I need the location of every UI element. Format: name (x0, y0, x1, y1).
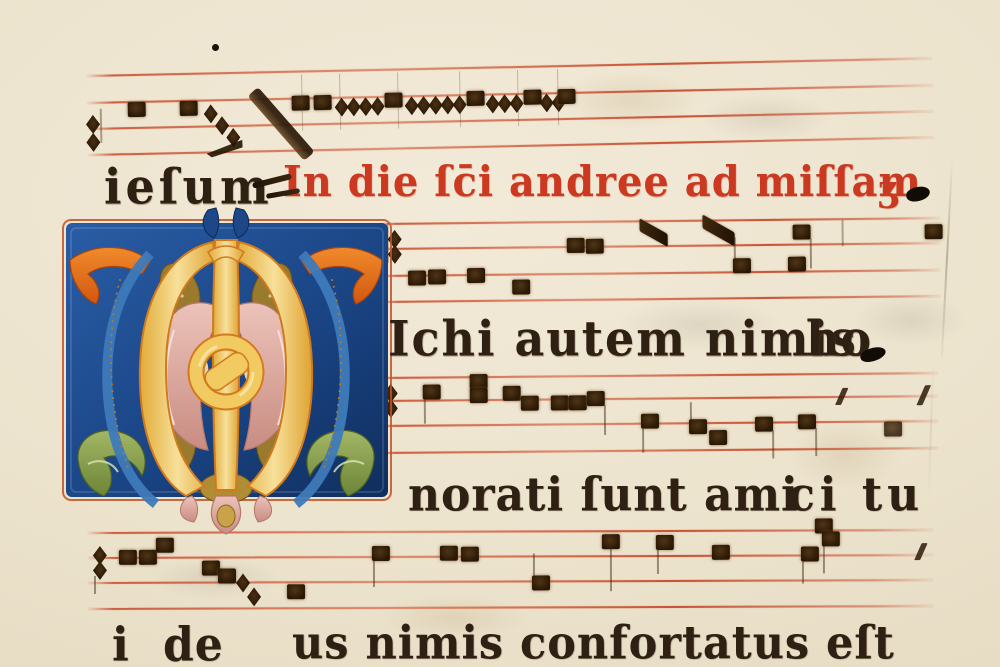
neume-punctum (586, 239, 604, 254)
neume-punctum (567, 238, 585, 253)
neume-rhombus (417, 96, 431, 115)
neume-stem (772, 431, 774, 459)
neume-stem (802, 562, 804, 584)
neume-stem (610, 549, 612, 591)
staff-4 (88, 528, 933, 631)
neume-punctum (602, 534, 620, 549)
neume-rhombus (236, 573, 250, 592)
neume-punctum (557, 89, 575, 104)
neume-rhombus (539, 93, 553, 112)
rubric-text: In die ſc̄i andree ad miſſam (283, 157, 922, 207)
neume-punctum (128, 102, 146, 117)
neume-punctum (466, 91, 484, 106)
staff-line (88, 579, 933, 584)
staff-3 (378, 370, 939, 475)
staff-2 (379, 215, 940, 321)
rubric-flourish: ʒ (878, 168, 898, 210)
neume-rhombus (371, 97, 385, 116)
staff-line (378, 372, 938, 379)
neume-punctum (822, 531, 840, 546)
staff-line (380, 242, 940, 250)
neume-stem (100, 109, 103, 143)
catchword-text: ieſum (104, 158, 273, 215)
neume-punctum (755, 417, 773, 432)
neume-punctum (656, 535, 674, 550)
neume-punctum (788, 257, 806, 272)
neume-punctum (793, 224, 811, 239)
neume-rhombus (335, 98, 349, 117)
neume-rhombus (429, 96, 443, 115)
neume-punctum (287, 584, 305, 599)
neume-punctum (470, 388, 488, 403)
neume-rhombus (497, 94, 511, 113)
chant-line2-a: norati ſunt ami (408, 468, 799, 522)
staff-line (87, 57, 932, 77)
staff-line (88, 605, 933, 610)
neume-rhombus (359, 97, 373, 116)
staff-line (88, 84, 933, 104)
neume-punctum (384, 92, 402, 107)
neume-punctum (372, 546, 390, 561)
neume-punctum (139, 550, 157, 565)
neume-rhombus (485, 94, 499, 113)
staff-1 (87, 55, 934, 173)
neume-rhombus (347, 97, 361, 116)
neume-wedge (206, 140, 242, 158)
neume-rhombus (204, 104, 218, 123)
staff-line (378, 395, 938, 402)
neume-stem (424, 400, 426, 424)
neume-punctum (801, 546, 819, 561)
neume-punctum (180, 101, 198, 116)
neume-stem (815, 428, 817, 456)
bottom-pendant (180, 496, 271, 534)
neume-rhombus (441, 95, 455, 114)
neume-punctum (689, 419, 707, 434)
neume-rhombus (86, 115, 100, 134)
neume-punctum (551, 395, 569, 410)
neume-stem (841, 220, 843, 246)
neume-punctum (119, 550, 137, 565)
neume-punctum (440, 546, 458, 561)
neume-punctum (733, 258, 751, 273)
neume-rhombus (247, 587, 261, 606)
neume-punctum (408, 271, 426, 286)
neume-clivis (639, 218, 667, 247)
neume-punctum (503, 386, 521, 401)
neume-punctum (423, 384, 441, 399)
chant-line2-b: ci tu (788, 468, 924, 522)
neume-rhombus (405, 96, 419, 115)
manuscript-page: ieſum In die ſc̄i andree ad miſſam ʒ Ich… (0, 0, 1000, 667)
neume-stem (373, 561, 375, 587)
neume-stem (94, 576, 96, 594)
initial-artwork (58, 200, 394, 540)
neume-punctum (532, 575, 550, 590)
staff-line (380, 269, 940, 277)
neume-punctum (470, 374, 488, 389)
neume-punctum (712, 545, 730, 560)
staff-line (379, 217, 939, 225)
custos (914, 543, 928, 560)
neume-punctum (709, 430, 727, 445)
neume-punctum (218, 568, 236, 583)
neume-stem (690, 402, 692, 420)
neume-punctum (467, 268, 485, 283)
neume-punctum (587, 391, 605, 406)
staff-line (380, 295, 940, 303)
neume-punctum (512, 279, 530, 294)
neume-punctum (798, 414, 816, 429)
chant-line1-a: Ichi autem nimis (388, 310, 858, 367)
chant-line3-b: de (163, 618, 224, 667)
neume-punctum (523, 89, 541, 104)
neume-punctum (313, 95, 331, 110)
neume-punctum (569, 395, 587, 410)
neume-punctum (428, 269, 446, 284)
neume-stem (657, 550, 659, 574)
neume-rhombus (215, 116, 229, 135)
neume-punctum (461, 547, 479, 562)
neume-punctum (521, 396, 539, 411)
neume-stem (810, 238, 812, 268)
staff-line (378, 447, 938, 454)
neume-punctum (641, 414, 659, 429)
neume-punctum (884, 421, 902, 436)
ink-speck (212, 44, 219, 51)
illuminated-initial-M (58, 200, 394, 540)
neume-stem (604, 405, 606, 435)
chant-line3-c: us nimis confortatus eſt (292, 617, 895, 667)
neume-stem (533, 553, 535, 577)
neume-stem (642, 429, 644, 453)
neume-punctum (925, 224, 943, 239)
chant-line3-a: i (112, 618, 130, 667)
neume-rhombus (86, 133, 100, 152)
